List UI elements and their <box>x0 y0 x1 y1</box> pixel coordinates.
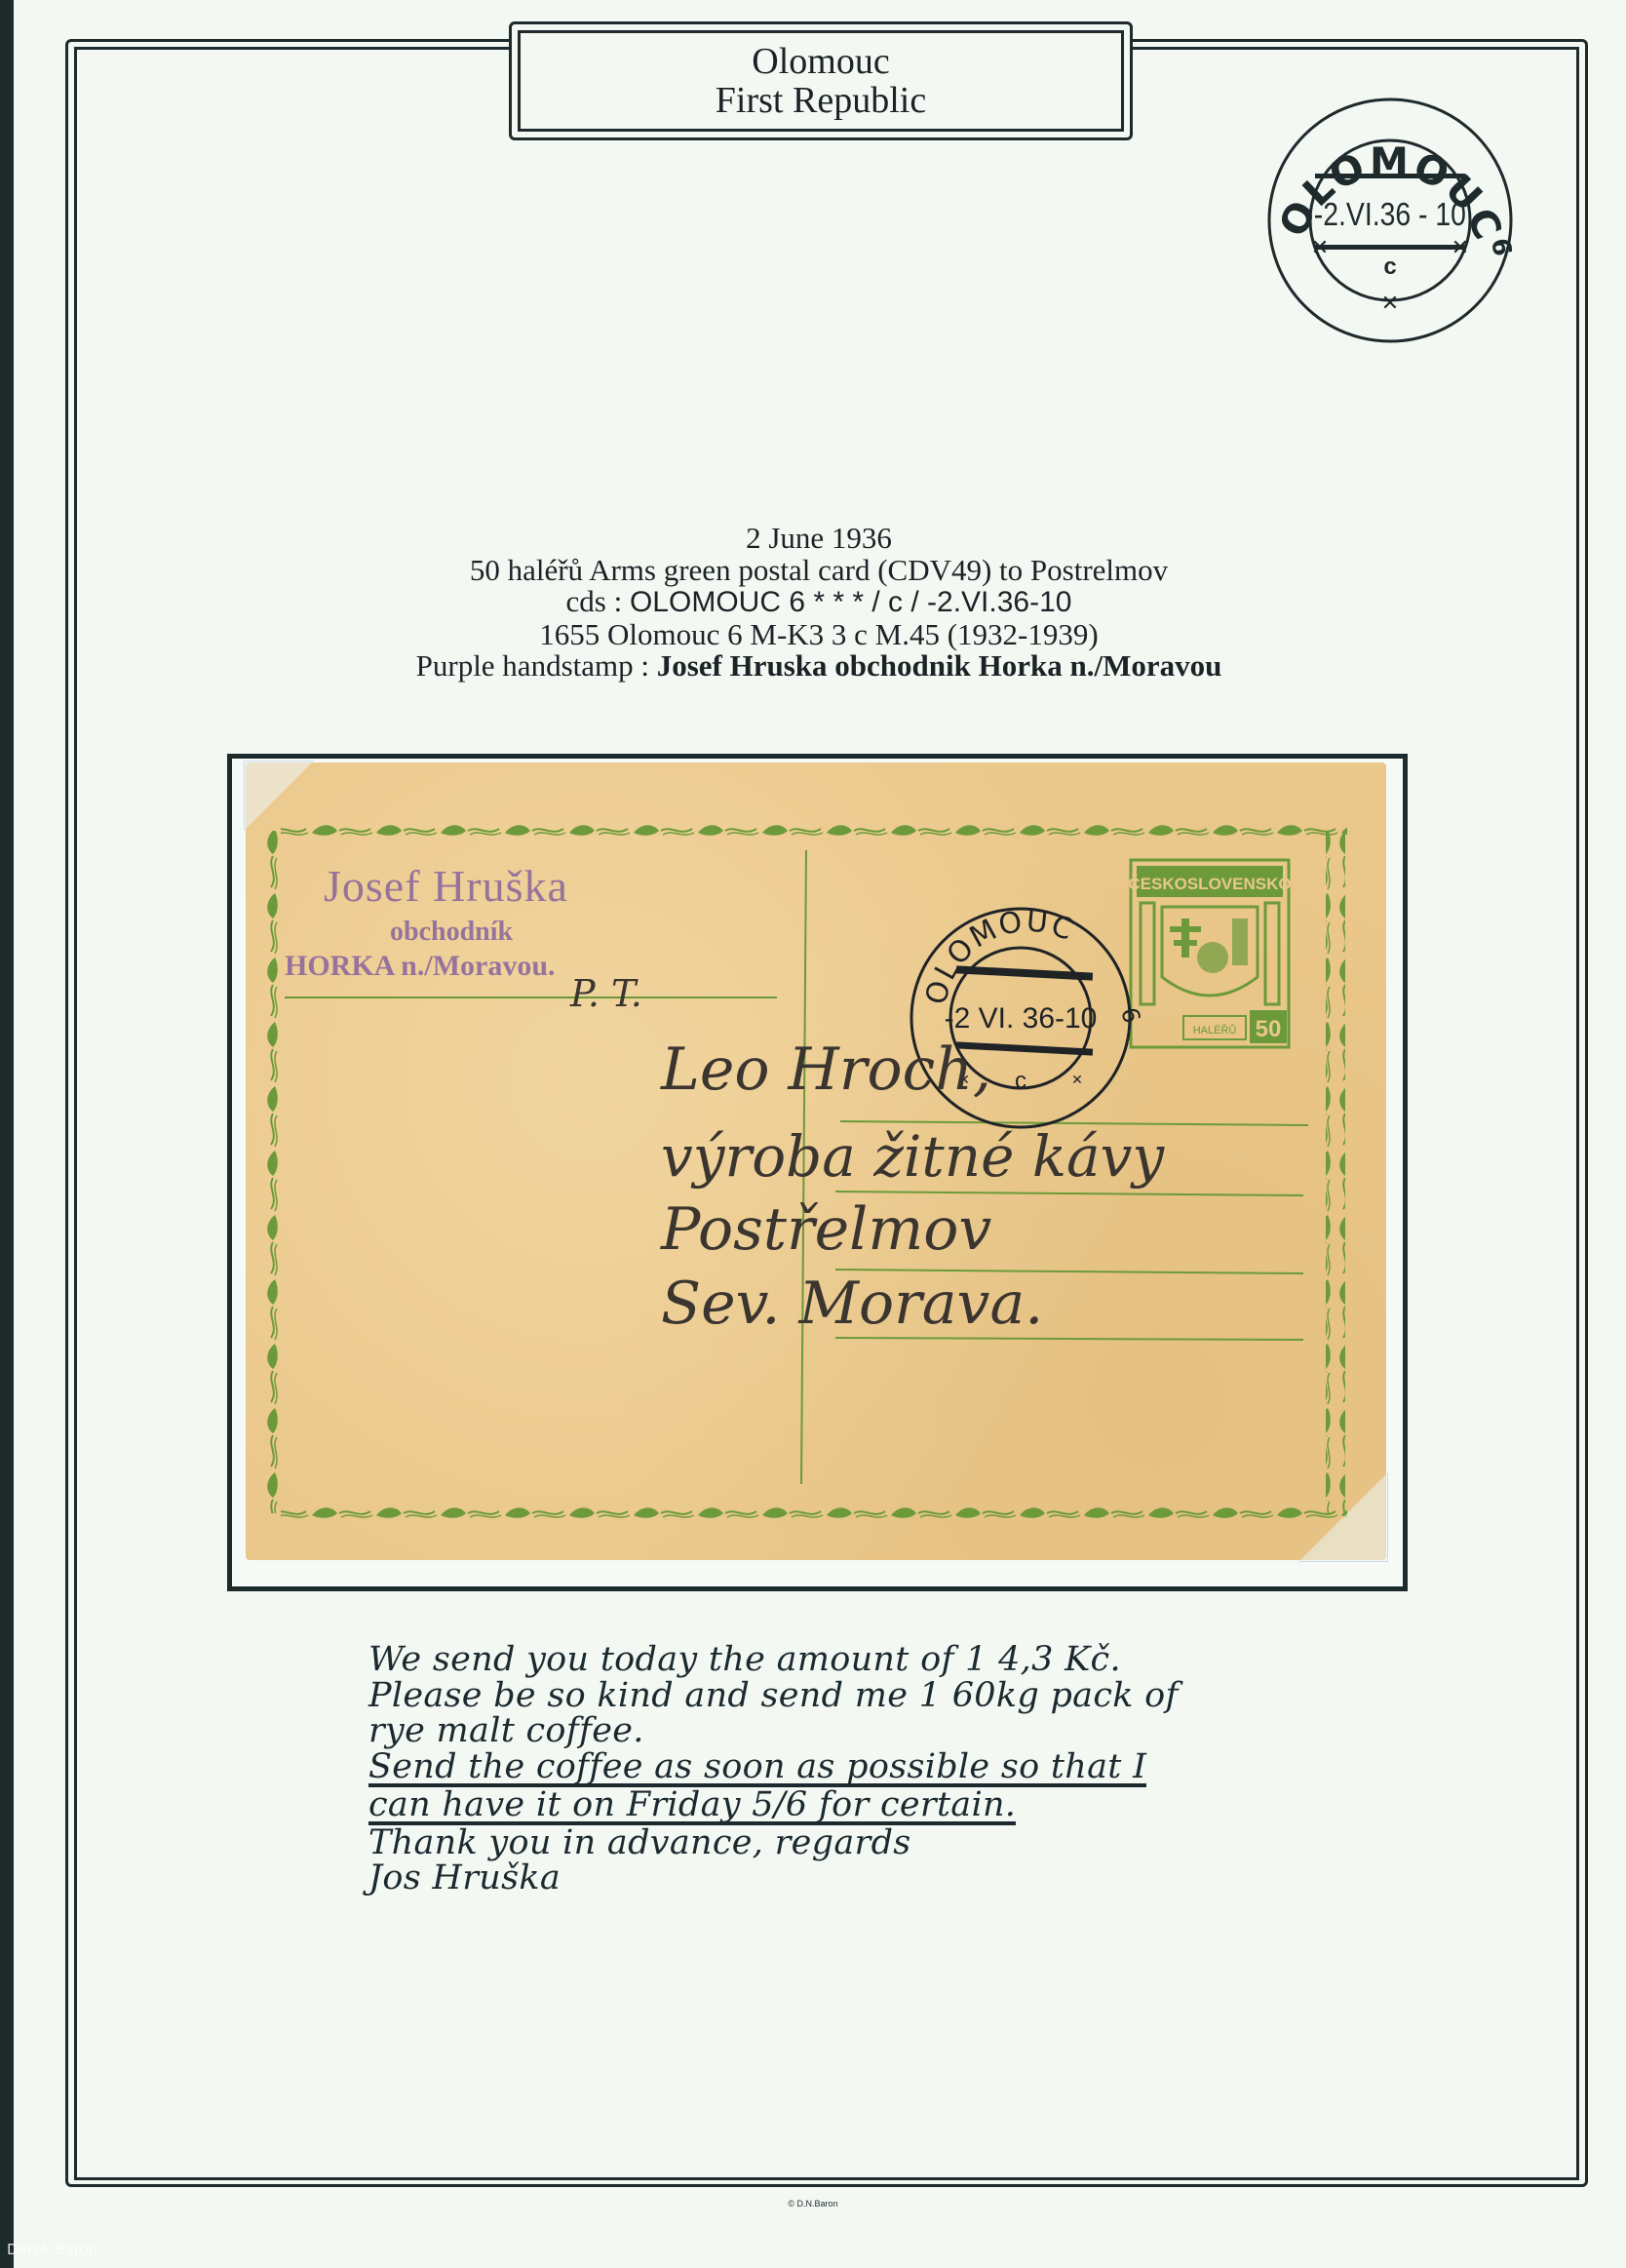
page-subtitle: First Republic <box>716 81 926 120</box>
address-line-4: Sev. Morava. <box>661 1270 1043 1338</box>
translation-line: Thank you in advance, regards <box>368 1825 1179 1861</box>
handstamp-name: Josef Hruška <box>324 860 568 912</box>
imprinted-stamp: ČESKOSLOVENSKO HALÉŘŮ 50 <box>1128 860 1291 1047</box>
item-date: 2 June 1936 <box>234 523 1404 555</box>
translation-line: We send you today the amount of 1 4,3 Kč… <box>368 1642 1179 1678</box>
translation-signature: Jos Hruška <box>368 1860 1179 1897</box>
title-box: Olomouc First Republic <box>518 30 1124 132</box>
copyright: © D.N.Baron <box>0 2199 1626 2209</box>
svg-text:50: 50 <box>1256 1016 1282 1042</box>
item-cds: cds : OLOMOUC 6 * * * / c / -2.VI.36-10 <box>234 586 1404 619</box>
cross-icon: ✕ <box>1452 235 1469 259</box>
svg-text:ČESKOSLOVENSKO: ČESKOSLOVENSKO <box>1128 875 1291 893</box>
translation-line-underlined: can have it on Friday 5/6 for certain. <box>368 1789 1016 1825</box>
page-title: Olomouc <box>752 42 889 81</box>
postmark-office-number: 6 <box>1485 236 1517 258</box>
item-catalog: 1655 Olomouc 6 M-K3 3 c M.45 (1932-1939) <box>234 619 1404 651</box>
item-title: 50 haléřů Arms green postal card (CDV49)… <box>234 555 1404 587</box>
svg-text:HALÉŘŮ: HALÉŘŮ <box>1193 1024 1237 1036</box>
postmark-illustration: OLOMOUC 6 -2.VI.36 - 10 c ✕ ✕ ✕ <box>1263 94 1517 347</box>
svg-text:c: c <box>1015 1068 1026 1094</box>
cross-icon: ✕ <box>1071 1074 1083 1088</box>
scan-edge <box>0 0 14 2268</box>
item-description: 2 June 1936 50 haléřů Arms green postal … <box>234 523 1404 683</box>
cross-icon: ✕ <box>1381 291 1399 315</box>
postmark-serial: c <box>1383 254 1396 280</box>
svg-text:-2 VI. 36-10: -2 VI. 36-10 <box>945 1002 1098 1035</box>
address-line-2: výroba žitné kávy <box>661 1123 1164 1190</box>
address-line-1: Leo Hroch, <box>661 1036 991 1104</box>
cross-icon: ✕ <box>1311 235 1329 259</box>
address-line-3: Postřelmov <box>661 1195 991 1264</box>
svg-text:6: 6 <box>1115 1004 1145 1026</box>
watermark: Derek Baron <box>7 2241 97 2258</box>
translation-line-underlined: Send the coffee as soon as possible so t… <box>368 1751 1146 1787</box>
address-salutation: P. T. <box>570 972 642 1015</box>
message-translation: We send you today the amount of 1 4,3 Kč… <box>368 1642 1179 1897</box>
postmark-date: -2.VI.36 - 10 <box>1314 196 1466 233</box>
item-handstamp: Purple handstamp : Josef Hruska obchodni… <box>234 650 1404 683</box>
postal-card: ČESKOSLOVENSKO HALÉŘŮ 50 OLOMOUC 6 <box>246 763 1386 1560</box>
handstamp-place: HORKA n./Moravou. <box>285 950 556 983</box>
translation-line: Please be so kind and send me 1 60kg pac… <box>368 1678 1179 1714</box>
handstamp-occupation: obchodník <box>390 917 513 948</box>
translation-line: rye malt coffee. <box>368 1713 1179 1749</box>
